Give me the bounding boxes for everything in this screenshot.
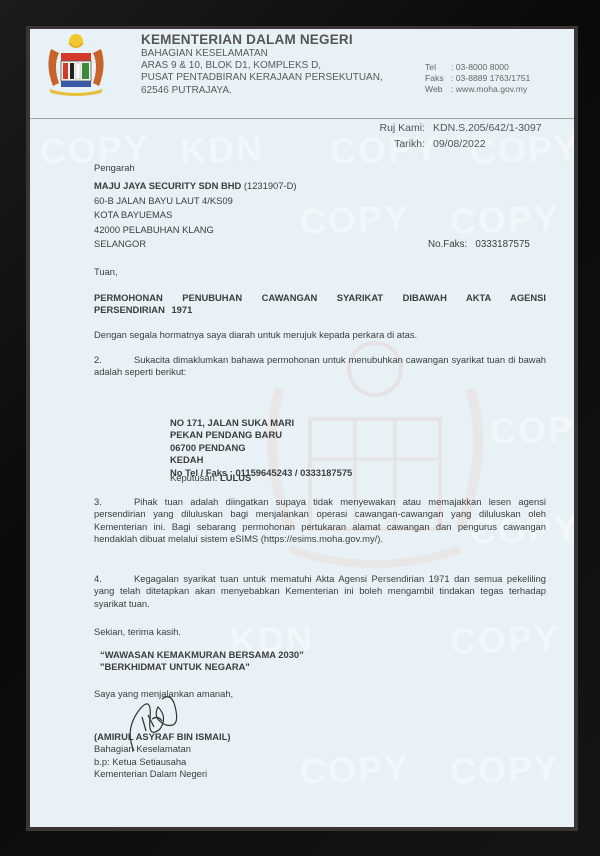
branch-address-line: NO 171, JALAN SUKA MARI xyxy=(170,417,470,429)
paragraph-number: 3. xyxy=(94,496,134,508)
recipient-address-line: KOTA BAYUEMAS xyxy=(94,208,546,223)
letterhead-divider xyxy=(30,118,574,119)
address-line: ARAS 9 & 10, BLOK D1, KOMPLEKS D, xyxy=(141,60,383,72)
watermark-copy: COPY xyxy=(489,407,574,453)
slogan: “WAWASAN KEMAKMURAN BERSAMA 2030” xyxy=(100,649,552,661)
contact-value: : 03-8000 8000 xyxy=(451,62,509,72)
recipient-address-line: 60-B JALAN BAYU LAUT 4/KS09 xyxy=(94,194,546,209)
recipient-company-reg: (1231907-D) xyxy=(241,180,296,191)
decision-label: Keputusan: xyxy=(170,472,220,483)
signatory-line: b.p: Ketua Setiausaha xyxy=(94,756,546,768)
branch-address-line: 06700 PENDANG xyxy=(170,442,470,454)
intro-paragraph: Dengan segala hormatnya saya diarah untu… xyxy=(94,329,546,341)
letterhead-contact: Tel: 03-8000 8000 Faks: 03-8889 1763/175… xyxy=(425,62,530,96)
slogan: "BERKHIDMAT UNTUK NEGARA" xyxy=(100,661,552,673)
contact-tel: Tel: 03-8000 8000 xyxy=(425,62,530,73)
fax-number: 0333187575 xyxy=(475,239,530,250)
date-label: Tarikh: xyxy=(360,136,425,152)
letter-document: COPY KDN COPY COPY COPY COPY COPY COPY K… xyxy=(30,29,574,827)
paragraph-text: Sukacita dimaklumkan bahawa permohonan u… xyxy=(94,354,546,377)
decision: Keputusan: LULUS xyxy=(170,472,470,484)
recipient-fax: No.Faks: 0333187575 xyxy=(428,239,568,251)
address-line: PUSAT PENTADBIRAN KERAJAAN PERSEKUTUAN, xyxy=(141,72,383,84)
contact-fax: Faks: 03-8889 1763/1751 xyxy=(425,73,530,84)
paragraph-3: 3.Pihak tuan adalah diingatkan supaya ti… xyxy=(94,496,546,546)
contact-value: : www.moha.gov.my xyxy=(451,84,527,94)
division-name: BAHAGIAN KESELAMATAN xyxy=(141,48,383,60)
contact-value: : 03-8889 1763/1751 xyxy=(451,73,530,83)
address-line: 62546 PUTRAJAYA. xyxy=(141,85,383,97)
branch-address-line: PEKAN PENDANG BARU xyxy=(170,429,470,441)
contact-web: Web: www.moha.gov.my xyxy=(425,84,530,95)
signatory-block: (AMIRUL ASYRAF BIN ISMAIL) Bahagian Kese… xyxy=(94,731,546,781)
letter-date: 09/08/2022 xyxy=(433,138,486,150)
recipient-title: Pengarah xyxy=(94,162,546,174)
recipient-address-line: 42000 PELABUHAN KLANG xyxy=(94,223,546,238)
fax-label: No.Faks: xyxy=(428,239,467,250)
reference-block: Ruj Kami:KDN.S.205/642/1-3097 Tarikh:09/… xyxy=(360,120,542,152)
paragraph-text: Pihak tuan adalah diingatkan supaya tida… xyxy=(94,496,546,544)
paragraph-4: 4.Kegagalan syarikat tuan untuk mematuhi… xyxy=(94,573,546,610)
reference-label: Ruj Kami: xyxy=(360,120,425,136)
paragraph-number: 2. xyxy=(94,354,134,366)
paragraph-2: 2.Sukacita dimaklumkan bahawa permohonan… xyxy=(94,354,546,379)
signatory-line: Kementerian Dalam Negeri xyxy=(94,768,546,780)
recipient-company: MAJU JAYA SECURITY SDN BHD xyxy=(94,180,241,191)
letter-subject: PERMOHONAN PENUBUHAN CAWANGAN SYARIKAT D… xyxy=(94,292,546,317)
slogans: “WAWASAN KEMAKMURAN BERSAMA 2030” "BERKH… xyxy=(100,649,552,674)
decision-value: LULUS xyxy=(220,472,251,483)
signatory-line: Bahagian Keselamatan xyxy=(94,743,546,755)
contact-label: Faks xyxy=(425,73,451,84)
letterhead-address: BAHAGIAN KESELAMATAN ARAS 9 & 10, BLOK D… xyxy=(141,48,383,97)
reference-number: KDN.S.205/642/1-3097 xyxy=(433,122,542,134)
malaysia-coat-of-arms-icon xyxy=(43,31,109,97)
branch-address-line: KEDAH xyxy=(170,454,470,466)
signatory-name: (AMIRUL ASYRAF BIN ISMAIL) xyxy=(94,731,546,743)
contact-label: Tel xyxy=(425,62,451,73)
salutation: Tuan, xyxy=(94,266,546,278)
contact-label: Web xyxy=(425,84,451,95)
ministry-name: KEMENTERIAN DALAM NEGERI xyxy=(141,32,353,47)
letterhead: KEMENTERIAN DALAM NEGERI BAHAGIAN KESELA… xyxy=(30,29,574,127)
closing: Sekian, terima kasih. xyxy=(94,626,546,638)
paragraph-number: 4. xyxy=(94,573,134,585)
paragraph-text: Kegagalan syarikat tuan untuk mematuhi A… xyxy=(94,573,546,609)
branch-address: NO 171, JALAN SUKA MARI PEKAN PENDANG BA… xyxy=(170,417,470,479)
